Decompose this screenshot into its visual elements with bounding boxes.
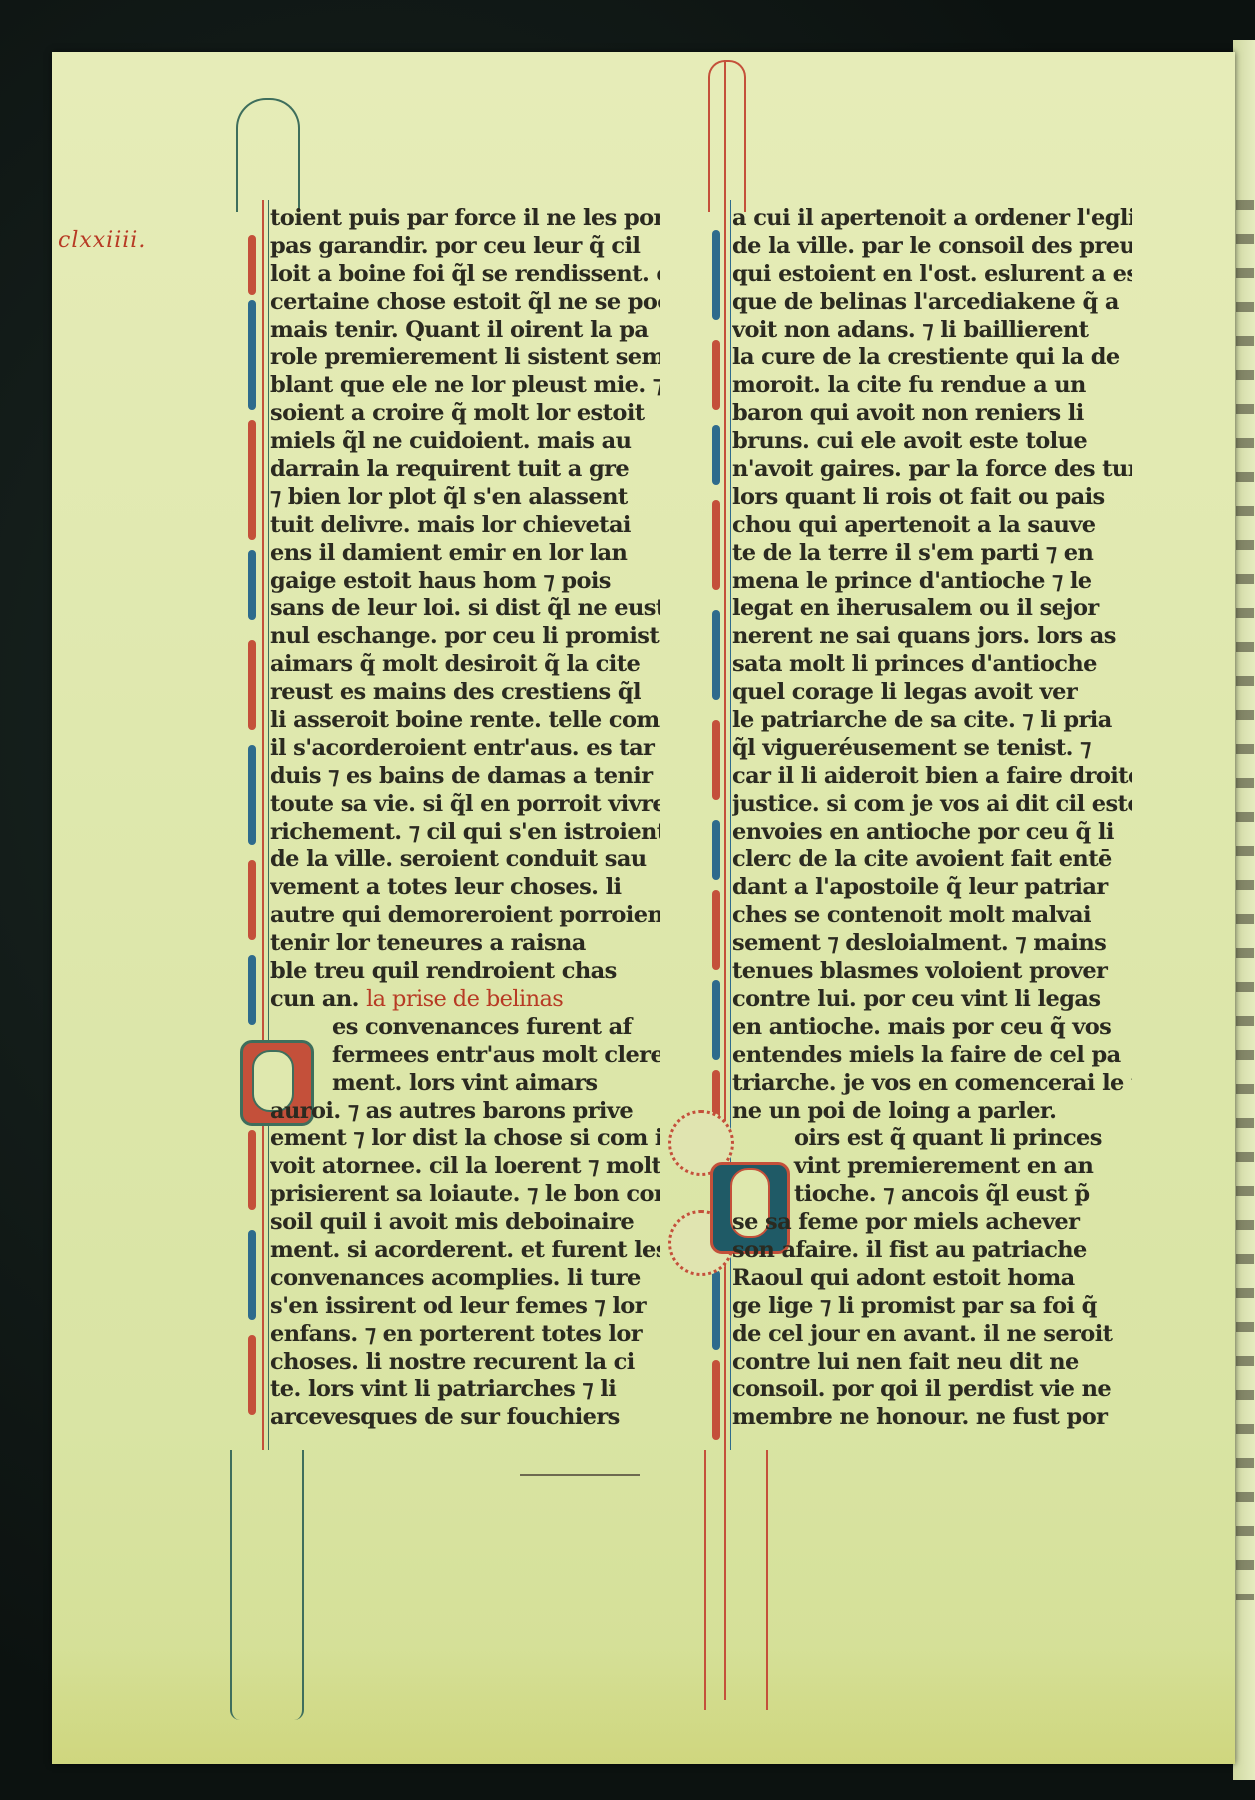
text-line: prisierent sa loiaute. ⁊ le bon con	[270, 1181, 660, 1209]
text-line: se sa feme por miels achever	[732, 1209, 1132, 1237]
text-line: oirs est q̃ quant li princes	[732, 1125, 1132, 1153]
text-line: legat en iherusalem ou il sejor	[732, 595, 1132, 623]
text-line: enfans. ⁊ en porterent totes lor	[270, 1321, 660, 1349]
text-line: ne un poi de loing a parler.	[732, 1098, 1132, 1126]
text-line: ge lige ⁊ li promist par sa foi q̃	[732, 1293, 1132, 1321]
text-line: te. lors vint li patriarches ⁊ li	[270, 1376, 660, 1404]
text-line: clerc de la cite avoient fait entē	[732, 846, 1132, 874]
text-line: soil quil i avoit mis deboinaire	[270, 1209, 660, 1237]
text-line: convenances acomplies. li ture	[270, 1265, 660, 1293]
text-line: vint premierement en an	[732, 1153, 1132, 1181]
text-line: choses. li nostre recurent la ci	[270, 1349, 660, 1377]
text-line: loit a boine foi q̃l se rendissent. car	[270, 261, 660, 289]
penwork-bar-blue	[248, 300, 256, 410]
text-line: la cure de la crestiente qui la de	[732, 344, 1132, 372]
text-line: qui estoient en l'ost. eslurent a esve	[732, 261, 1132, 289]
penwork-bar-red	[248, 1130, 256, 1210]
text-line: mena le prince d'antioche ⁊ le	[732, 568, 1132, 596]
text-line: te de la terre il s'em parti ⁊ en	[732, 540, 1132, 568]
text-line: nul eschange. por ceu li promist	[270, 623, 660, 651]
text-fragment: cun an.	[270, 986, 359, 1012]
text-line: reust es mains des crestiens q̃l	[270, 679, 660, 707]
text-line: quel corage li legas avoit ver	[732, 679, 1132, 707]
text-line: dant a l'apostoile q̃ leur patriar	[732, 874, 1132, 902]
text-line: miels q̃l ne cuidoient. mais au	[270, 428, 660, 456]
text-line: voit non adans. ⁊ li baillierent	[732, 317, 1132, 345]
text-line: toient puis par force il ne les porent	[270, 205, 660, 233]
text-line: triarche. je vos en comencerai le tor	[732, 1070, 1132, 1098]
text-line: tenues blasmes voloient prover	[732, 958, 1132, 986]
text-line: ment. lors vint aimars	[270, 1070, 660, 1098]
text-column-left: toient puis par force il ne les porent p…	[270, 205, 660, 1432]
penwork-bar-blue	[712, 230, 720, 320]
next-leaf-text	[1236, 200, 1254, 1600]
text-line: entendes miels la faire de cel pa	[732, 1042, 1132, 1070]
text-line: le patriarche de sa cite. ⁊ li pria	[732, 707, 1132, 735]
text-line: car il li aideroit bien a faire droite	[732, 763, 1132, 791]
penwork-bar-red	[712, 890, 720, 970]
text-line: pas garandir. por ceu leur q̃ cil	[270, 233, 660, 261]
text-line: sement ⁊ desloialment. ⁊ mains	[732, 930, 1132, 958]
text-line: consoil. por qoi il perdist vie ne	[732, 1376, 1132, 1404]
flourish-loop-right	[708, 60, 746, 212]
text-line: justice. si com je vos ai dit cil estoit	[732, 791, 1132, 819]
catchword-underline	[520, 1474, 640, 1476]
text-line: sata molt li princes d'antioche	[732, 651, 1132, 679]
text-line: li asseroit boine rente. telle com	[270, 707, 660, 735]
penwork-bar-blue	[712, 820, 720, 880]
text-line: membre ne honour. ne fust por	[732, 1404, 1132, 1432]
penwork-bar-red	[712, 720, 720, 800]
text-line: ment. si acorderent. et furent les	[270, 1237, 660, 1265]
text-line: aimars q̃ molt desiroit q̃ la cite	[270, 651, 660, 679]
text-line: mais tenir. Quant il oirent la pa	[270, 317, 660, 345]
penwork-bar-red	[248, 860, 256, 940]
text-line: contre lui nen fait neu dit ne	[732, 1349, 1132, 1377]
text-line: moroit. la cite fu rendue a un	[732, 372, 1132, 400]
penwork-bar-red	[712, 1360, 720, 1440]
text-line: lors quant li rois ot fait ou pais	[732, 484, 1132, 512]
text-line: vement a totes leur choses. li	[270, 874, 660, 902]
penwork-bar-red	[248, 1335, 256, 1415]
text-line: role premierement li sistent sem	[270, 344, 660, 372]
text-line: tioche. ⁊ ancois q̃l eust p̃	[732, 1181, 1132, 1209]
text-line: soient a croire q̃ molt lor estoit	[270, 400, 660, 428]
text-line: il s'acorderoient entr'aus. es tar	[270, 735, 660, 763]
text-line: voit atornee. cil la loerent ⁊ molt	[270, 1153, 660, 1181]
text-line: ble treu quil rendroient chas	[270, 958, 660, 986]
text-line: de la ville. seroient conduit sau	[270, 846, 660, 874]
flourish-tail-right	[704, 1450, 768, 1710]
text-line: arcevesques de sur fouchiers	[270, 1404, 660, 1432]
text-line: q̃l vigueréusement se tenist. ⁊	[732, 735, 1132, 763]
text-line: toute sa vie. si q̃l en porroit vivre	[270, 791, 660, 819]
text-line: fermees entr'aus molt clere	[270, 1042, 660, 1070]
flourish-tail-left	[230, 1450, 304, 1720]
penwork-bar-red	[712, 340, 720, 410]
text-line: autre qui demoreroient porroient	[270, 902, 660, 930]
text-line: blant que ele ne lor pleust mie. ⁊ fai	[270, 372, 660, 400]
text-line: darrain la requirent tuit a gre	[270, 456, 660, 484]
text-line: envoies en antioche por ceu q̃ li	[732, 819, 1132, 847]
text-line: certaine chose estoit q̃l ne se pooit	[270, 289, 660, 317]
penwork-bar-blue	[248, 745, 256, 845]
text-column-right: a cui il apertenoit a ordener l'eglise d…	[732, 205, 1132, 1432]
text-line: sans de leur loi. si dist q̃l ne eust	[270, 595, 660, 623]
text-line: nerent ne sai quans jors. lors as	[732, 623, 1132, 651]
text-line: contre lui. por ceu vint li legas	[732, 986, 1132, 1014]
penwork-bar-red	[248, 640, 256, 730]
penwork-bar-blue	[712, 610, 720, 700]
text-line: gaige estoit haus hom ⁊ pois	[270, 568, 660, 596]
margin-rule-left-green	[268, 200, 269, 1450]
text-line: en antioche. mais por ceu q̃ vos	[732, 1014, 1132, 1042]
text-line: ens il damient emir en lor lan	[270, 540, 660, 568]
text-line: que de belinas l'arcediakene q̃ a	[732, 289, 1132, 317]
text-line: ches se contenoit molt malvai	[732, 902, 1132, 930]
text-line: ⁊ bien lor plot q̃l s'en alassent	[270, 484, 660, 512]
margin-rule-right-blue	[730, 200, 731, 1450]
flourish-loop-left	[236, 98, 300, 212]
penwork-bar-red	[712, 500, 720, 590]
text-line: auroi. ⁊ as autres barons prive	[270, 1098, 660, 1126]
text-line: son afaire. il fist au patriache	[732, 1237, 1132, 1265]
text-line: Raoul qui adont estoit homa	[732, 1265, 1132, 1293]
rubric-heading: la prise de belinas	[366, 986, 563, 1012]
penwork-bar-blue	[248, 550, 256, 620]
text-line: richement. ⁊ cil qui s'en istroient	[270, 819, 660, 847]
text-line: de cel jour en avant. il ne seroit	[732, 1321, 1132, 1349]
text-line: a cui il apertenoit a ordener l'eglise	[732, 205, 1132, 233]
text-line: chou qui apertenoit a la sauve	[732, 512, 1132, 540]
penwork-bar-red	[248, 235, 256, 295]
penwork-bar-red	[248, 420, 256, 540]
penwork-bar-blue	[712, 425, 720, 485]
text-line: duis ⁊ es bains de damas a tenir	[270, 763, 660, 791]
text-line: ement ⁊ lor dist la chose si com il la	[270, 1125, 660, 1153]
margin-rule-left-red	[262, 200, 264, 1450]
text-line: de la ville. par le consoil des preudome…	[732, 233, 1132, 261]
text-line: n'avoit gaires. par la force des turs	[732, 456, 1132, 484]
folio-number: clxxiiii.	[58, 228, 146, 253]
penwork-bar-blue	[248, 955, 256, 1025]
penwork-bar-blue	[712, 1270, 720, 1350]
text-line: baron qui avoit non reniers li	[732, 400, 1132, 428]
penwork-bar-blue	[248, 1230, 256, 1320]
text-line: tuit delivre. mais lor chievetai	[270, 512, 660, 540]
text-line: es convenances furent af	[270, 1014, 660, 1042]
penwork-bar-blue	[712, 980, 720, 1060]
text-line: s'en issirent od leur femes ⁊ lor	[270, 1293, 660, 1321]
text-line: bruns. cui ele avoit este tolue	[732, 428, 1132, 456]
text-line: tenir lor teneures a raisna	[270, 930, 660, 958]
text-line-with-rubric: cun an. la prise de belinas	[270, 986, 660, 1014]
